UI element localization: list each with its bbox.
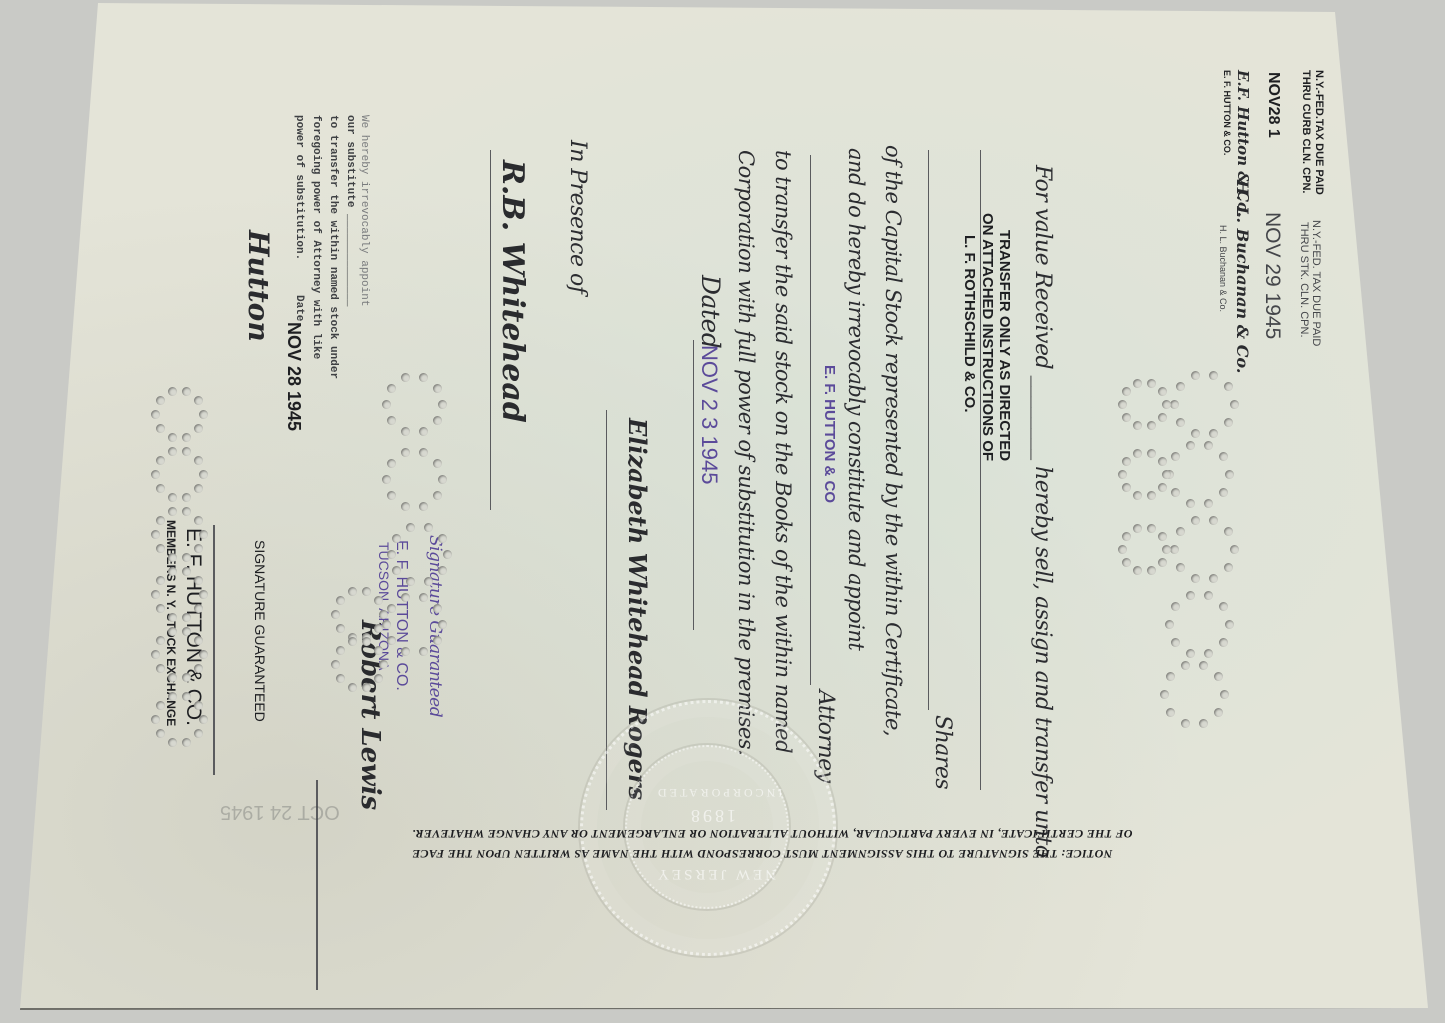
perforation-hole xyxy=(424,577,433,586)
perforation-hole xyxy=(1147,449,1156,458)
perforation-hole xyxy=(1162,470,1171,479)
perforation-hole xyxy=(401,373,410,382)
perforation-hole xyxy=(1230,400,1239,409)
perforation-hole xyxy=(1176,418,1185,427)
transfer-stamp-line1: TRANSFER ONLY AS DIRECTED xyxy=(996,230,1013,461)
perforation-hole xyxy=(401,647,410,656)
substitution-line-1: our substitute ______________ xyxy=(344,115,356,306)
perforation-hole xyxy=(419,593,428,602)
notice-line-2: OF THE CERTIFICATE, IN EVERY PARTICULAR,… xyxy=(412,826,1132,841)
attorney-stamp: E. F. HUTTON & CO xyxy=(821,365,838,503)
perforation-hole xyxy=(1171,638,1180,647)
perforation-hole xyxy=(151,650,160,659)
perforation-hole xyxy=(1133,421,1142,430)
perforation-hole xyxy=(1122,532,1131,541)
perforation-hole xyxy=(401,502,410,511)
perforation-hole xyxy=(168,447,177,456)
perforation-hole xyxy=(1191,371,1200,380)
substitution-signature: Hutton xyxy=(242,230,275,342)
perforation-hole xyxy=(1118,470,1127,479)
substitution-line-3: foregoing power of Attorney with like xyxy=(310,115,322,359)
perforation-hole xyxy=(438,475,447,484)
perforation-hole xyxy=(331,660,340,669)
perforation-hole xyxy=(1162,400,1171,409)
perforation-hole xyxy=(406,523,415,532)
perforation-hole xyxy=(182,507,191,516)
perforation-hole xyxy=(1158,457,1167,466)
perforation-hole xyxy=(1225,470,1234,479)
perforation-hole xyxy=(168,738,177,747)
perforation-hole xyxy=(1147,524,1156,533)
perforation-hole xyxy=(151,715,160,724)
tax-stamp-2-firm: H. L. Buchanan & Co. xyxy=(1218,225,1228,312)
perforation-hole xyxy=(1122,387,1131,396)
perforation-hole xyxy=(1209,574,1218,583)
assignment-line-1: For value Received ________ hereby sell,… xyxy=(1030,165,1055,858)
dated-label: Dated xyxy=(696,275,725,348)
perforation-hole xyxy=(168,692,177,701)
perforation-hole xyxy=(1181,661,1190,670)
assignment-line-3: and do hereby irrevocably constitute and… xyxy=(844,148,868,650)
perforation-hole xyxy=(168,567,177,576)
perforation-hole xyxy=(151,470,160,479)
perforation-hole xyxy=(1171,488,1180,497)
perforation-hole xyxy=(1176,382,1185,391)
perforation-hole xyxy=(1133,379,1142,388)
perforation-hole xyxy=(1204,591,1213,600)
perforation-hole xyxy=(151,590,160,599)
perforation-hole xyxy=(348,637,357,646)
faint-date-stamp: OCT 24 1945 xyxy=(220,800,340,823)
perforation-hole xyxy=(387,550,396,559)
perforation-hole xyxy=(156,456,165,465)
perforation-hole xyxy=(438,566,447,575)
perforation-hole xyxy=(1158,413,1167,422)
perforation-hole xyxy=(168,627,177,636)
perforation-hole xyxy=(1166,708,1175,717)
perforation-hole xyxy=(1225,620,1234,629)
perforation-hole xyxy=(199,715,208,724)
perforation-hole xyxy=(1209,516,1218,525)
perforation-hole xyxy=(348,587,357,596)
perforation-hole xyxy=(392,534,401,543)
perforation-hole xyxy=(156,424,165,433)
witness-signature: R.B. Whitehead xyxy=(495,160,530,423)
perforation-hole xyxy=(156,636,165,645)
perforation-hole xyxy=(1158,532,1167,541)
perforation-hole xyxy=(156,484,165,493)
perforation-hole xyxy=(1209,371,1218,380)
perforation-hole xyxy=(433,604,442,613)
perforation-hole xyxy=(1147,566,1156,575)
perforation-hole xyxy=(156,729,165,738)
perforation-hole xyxy=(336,624,345,633)
perforation-hole xyxy=(1224,527,1233,536)
seal-state: NEW JERSEY xyxy=(655,865,776,882)
perforation-hole xyxy=(168,613,177,622)
perforation-hole xyxy=(1181,719,1190,728)
seal-incorporated: INCORPORATED xyxy=(655,785,782,800)
perforation-hole xyxy=(424,523,433,532)
perforation-hole xyxy=(382,400,391,409)
perforation-hole xyxy=(1224,382,1233,391)
perforation-hole xyxy=(387,604,396,613)
perforation-hole xyxy=(1209,429,1218,438)
perforation-hole xyxy=(382,475,391,484)
perforation-hole xyxy=(194,516,203,525)
guarantee-stamp-line1: E. F. HUTTON & CO. xyxy=(392,540,410,691)
perforation-hole xyxy=(1199,719,1208,728)
perforation-hole xyxy=(1118,400,1127,409)
perforation-hole xyxy=(387,459,396,468)
perforation-hole xyxy=(1133,566,1142,575)
perforation-hole xyxy=(387,384,396,393)
perforation-hole xyxy=(156,516,165,525)
perforation-hole xyxy=(1147,491,1156,500)
perforation-hole xyxy=(1171,452,1180,461)
perforation-hole xyxy=(151,530,160,539)
perforation-hole xyxy=(419,373,428,382)
perforation-hole xyxy=(1176,527,1185,536)
perforation-hole xyxy=(336,674,345,683)
witness-line xyxy=(490,150,491,510)
perforation-hole xyxy=(1191,516,1200,525)
notice-line-1: NOTICE: THE SIGNATURE TO THIS ASSIGNMENT… xyxy=(412,846,1112,861)
perforation-hole xyxy=(182,447,191,456)
perforation-hole xyxy=(1204,499,1213,508)
perforation-hole xyxy=(168,387,177,396)
perforation-hole xyxy=(168,433,177,442)
perforation-hole xyxy=(194,424,203,433)
perforation-hole xyxy=(406,577,415,586)
guarantee-stamp-rule xyxy=(213,525,215,775)
perforation-hole xyxy=(379,660,388,669)
perforation-hole xyxy=(199,530,208,539)
perforation-hole xyxy=(379,610,388,619)
perforation-hole xyxy=(1147,421,1156,430)
perforation-hole xyxy=(401,448,410,457)
perforation-hole xyxy=(336,646,345,655)
tax-stamp-2-signature: H. L. Buchanan & Co. xyxy=(1233,180,1252,373)
perforation-hole xyxy=(401,427,410,436)
perforation-hole xyxy=(1204,649,1213,658)
tax-stamp-2-line2: THRU STK. CLN. CPN. xyxy=(1298,222,1310,338)
perforation-hole xyxy=(1118,545,1127,554)
perforation-hole xyxy=(336,596,345,605)
perforation-hole xyxy=(387,416,396,425)
perforation-hole xyxy=(1133,524,1142,533)
perforation-hole xyxy=(151,410,160,419)
perforation-hole xyxy=(156,544,165,553)
perforation-hole xyxy=(1220,690,1229,699)
perforation-hole xyxy=(156,576,165,585)
perforation-hole xyxy=(199,590,208,599)
perforation-hole xyxy=(156,701,165,710)
guarantee-stamp-signature-guaranteed: SIGNATURE GUARANTEED xyxy=(252,540,268,722)
perforation-hole xyxy=(433,384,442,393)
shares-line xyxy=(928,150,929,710)
perforation-hole xyxy=(438,400,447,409)
perforation-hole xyxy=(1166,672,1175,681)
perforation-hole xyxy=(199,650,208,659)
perforation-hole xyxy=(1186,591,1195,600)
perforation-hole xyxy=(1160,690,1169,699)
transfer-stamp-line3: L. F. ROTHSCHILD & CO. xyxy=(961,235,978,413)
perforation-hole xyxy=(1230,545,1239,554)
perforation-hole xyxy=(1186,441,1195,450)
perforation-hole xyxy=(1204,441,1213,450)
perforation-hole xyxy=(1133,491,1142,500)
perforation-hole xyxy=(438,620,447,629)
tax-stamp-2-date: NOV 29 1945 xyxy=(1260,212,1284,339)
perforation-hole xyxy=(156,604,165,613)
perforation-hole xyxy=(182,433,191,442)
perforation-hole xyxy=(182,493,191,502)
perforation-hole xyxy=(1199,661,1208,670)
perforation-hole xyxy=(194,396,203,405)
attorney-line xyxy=(810,155,811,685)
assignment-line-4: to transfer the said stock on the Books … xyxy=(771,150,795,753)
transfer-stamp-line2: ON ATTACHED INSTRUCTIONS OF xyxy=(979,213,996,461)
certificate-paper: N.Y.-FED.TAX DUE PAID THRU CURB CLN. CPN… xyxy=(0,0,1445,1023)
perforation-hole xyxy=(362,587,371,596)
perforation-hole xyxy=(168,493,177,502)
perforation-hole xyxy=(1170,400,1179,409)
perforation-hole xyxy=(1158,387,1167,396)
substitution-date-value: NOV 28 1945 xyxy=(283,322,304,431)
perforation-hole xyxy=(1158,483,1167,492)
tax-stamp-2-line1: N.Y.-FED. TAX DUE PAID xyxy=(1310,220,1322,346)
tax-stamp-1-line1: N.Y.-FED.TAX DUE PAID xyxy=(1313,70,1325,195)
perforation-hole xyxy=(438,534,447,543)
perforation-hole xyxy=(194,729,203,738)
perforation-hole xyxy=(1147,379,1156,388)
perforation-hole xyxy=(199,470,208,479)
perforation-hole xyxy=(168,553,177,562)
seal-year: 1898 xyxy=(688,805,736,826)
perforation-hole xyxy=(1122,483,1131,492)
tax-stamp-1-firm: E. F. HUTTON & CO. xyxy=(1222,70,1232,155)
substitution-line-4: power of substitution. xyxy=(293,115,305,260)
perforation-hole xyxy=(1162,545,1171,554)
perforation-hole xyxy=(168,507,177,516)
perforation-hole xyxy=(182,387,191,396)
perforation-hole xyxy=(1122,413,1131,422)
perforation-hole xyxy=(419,427,428,436)
perforation-hole xyxy=(1191,429,1200,438)
perforation-hole xyxy=(156,664,165,673)
perforation-hole xyxy=(1186,499,1195,508)
perforation-hole xyxy=(1186,649,1195,658)
perforation-hole xyxy=(182,738,191,747)
perforation-hole xyxy=(1219,452,1228,461)
perforation-hole xyxy=(194,484,203,493)
perforation-hole xyxy=(1165,620,1174,629)
perforation-hole xyxy=(156,396,165,405)
paper-bottom-edge xyxy=(20,1008,1428,1010)
assignment-line-2: of the Capital Stock represented by the … xyxy=(881,145,905,736)
perforation-hole xyxy=(1122,457,1131,466)
perforation-hole xyxy=(1171,602,1180,611)
perforation-hole xyxy=(433,491,442,500)
perforation-hole xyxy=(382,620,391,629)
dated-line xyxy=(693,340,694,630)
perforation-hole xyxy=(199,410,208,419)
perforation-hole xyxy=(1133,449,1142,458)
perforation-hole xyxy=(387,491,396,500)
dated-value: NOV 2 3 1945 xyxy=(696,345,722,484)
shares-label: Shares xyxy=(930,715,955,789)
tax-stamp-1-date: NOV28 1 xyxy=(1264,72,1282,138)
substitution-line-0: We hereby irrevocably appoint xyxy=(358,115,370,306)
perforation-hole xyxy=(1224,563,1233,572)
perforation-hole xyxy=(1214,672,1223,681)
perforation-hole xyxy=(331,610,340,619)
perforation-hole xyxy=(1214,708,1223,717)
perforation-hole xyxy=(443,550,452,559)
perforation-hole xyxy=(433,459,442,468)
perforation-hole xyxy=(1158,558,1167,567)
perforation-hole xyxy=(194,456,203,465)
perforation-hole xyxy=(348,683,357,692)
perforation-hole xyxy=(433,416,442,425)
perforation-hole xyxy=(419,448,428,457)
substitution-date-label: Date xyxy=(293,295,305,321)
perforation-hole xyxy=(168,673,177,682)
perforation-hole xyxy=(1219,638,1228,647)
perforation-hole xyxy=(1191,574,1200,583)
perforation-hole xyxy=(1219,488,1228,497)
perforation-hole xyxy=(1122,558,1131,567)
assignment-line-5: Corporation with full power of substitut… xyxy=(734,150,758,755)
perforation-hole xyxy=(419,647,428,656)
perforation-hole xyxy=(1224,418,1233,427)
perforation-hole xyxy=(1176,563,1185,572)
perforation-hole xyxy=(1170,545,1179,554)
perforation-hole xyxy=(1219,602,1228,611)
in-presence-label: In Presence of xyxy=(565,140,590,293)
tax-stamp-1-line2: THRU CURB CLN. CPN. xyxy=(1300,70,1312,193)
perforation-hole xyxy=(419,502,428,511)
substitution-line-2: to transfer the within named stock under xyxy=(327,115,339,379)
